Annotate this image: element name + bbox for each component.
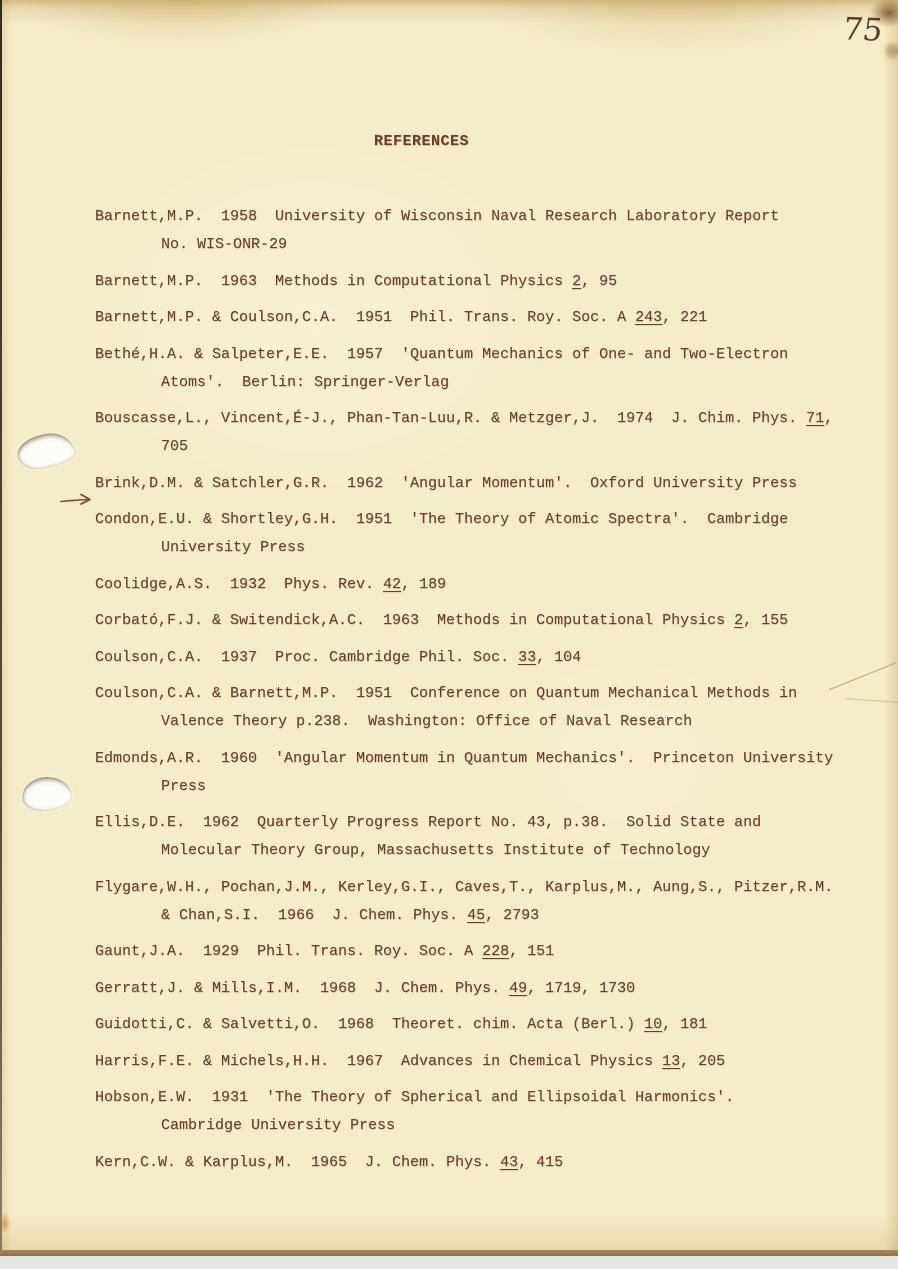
reference-text: Condon,E.U. & Shortley,G.H. 1951 'The Th… <box>95 511 788 528</box>
reference-text: , 2793 <box>485 907 539 924</box>
reference-entry: Hobson,E.W. 1931 'The Theory of Spherica… <box>95 1084 885 1140</box>
reference-line: 705 <box>95 433 885 461</box>
reference-text: No. WIS-ONR-29 <box>161 236 287 253</box>
reference-line: Hobson,E.W. 1931 'The Theory of Spherica… <box>95 1084 885 1112</box>
reference-text: Bouscasse,L., Vincent,É-J., Phan-Tan-Luu… <box>95 410 806 427</box>
references-list: Barnett,M.P. 1958 University of Wisconsi… <box>95 203 885 1185</box>
reference-line: Coulson,C.A. 1937 Proc. Cambridge Phil. … <box>95 644 885 672</box>
reference-line: Flygare,W.H., Pochan,J.M., Kerley,G.I., … <box>95 874 885 902</box>
reference-text: Flygare,W.H., Pochan,J.M., Kerley,G.I., … <box>95 879 833 896</box>
reference-text: 705 <box>161 438 188 455</box>
reference-text: Barnett,M.P. & Coulson,C.A. 1951 Phil. T… <box>95 309 635 326</box>
reference-line: Guidotti,C. & Salvetti,O. 1968 Theoret. … <box>95 1011 885 1039</box>
reference-line: Molecular Theory Group, Massachusetts In… <box>95 837 885 865</box>
reference-text: , 221 <box>662 309 707 326</box>
reference-text: Coulson,C.A. & Barnett,M.P. 1951 Confere… <box>95 685 797 702</box>
reference-text: , 151 <box>509 943 554 960</box>
reference-line: Valence Theory p.238. Washington: Office… <box>95 708 885 736</box>
reference-text: Ellis,D.E. 1962 Quarterly Progress Repor… <box>95 814 761 831</box>
reference-text: , 189 <box>401 576 446 593</box>
volume-number: 2 <box>734 612 743 629</box>
reference-line: Edmonds,A.R. 1960 'Angular Momentum in Q… <box>95 745 885 773</box>
reference-text: Press <box>161 778 206 795</box>
reference-text: , <box>824 410 833 427</box>
reference-text: , 205 <box>680 1053 725 1070</box>
reference-line: Barnett,M.P. & Coulson,C.A. 1951 Phil. T… <box>95 304 885 332</box>
scanner-background <box>0 1256 898 1269</box>
volume-number: 42 <box>383 576 401 593</box>
volume-number: 10 <box>644 1016 662 1033</box>
reference-line: Barnett,M.P. 1958 University of Wisconsi… <box>95 203 885 231</box>
volume-number: 2 <box>572 273 581 290</box>
reference-text: , 1719, 1730 <box>527 980 635 997</box>
reference-entry: Corbató,F.J. & Switendick,A.C. 1963 Meth… <box>95 607 885 635</box>
volume-number: 243 <box>635 309 662 326</box>
reference-entry: Bouscasse,L., Vincent,É-J., Phan-Tan-Luu… <box>95 405 885 461</box>
reference-entry: Flygare,W.H., Pochan,J.M., Kerley,G.I., … <box>95 874 885 930</box>
reference-entry: Condon,E.U. & Shortley,G.H. 1951 'The Th… <box>95 506 885 562</box>
reference-text: Corbató,F.J. & Switendick,A.C. 1963 Meth… <box>95 612 734 629</box>
reference-text: Coulson,C.A. 1937 Proc. Cambridge Phil. … <box>95 649 518 666</box>
reference-entry: Barnett,M.P. 1963 Methods in Computation… <box>95 268 885 296</box>
reference-text: Molecular Theory Group, Massachusetts In… <box>161 842 710 859</box>
reference-line: Coolidge,A.S. 1932 Phys. Rev. 42, 189 <box>95 571 885 599</box>
reference-text: Gerratt,J. & Mills,I.M. 1968 J. Chem. Ph… <box>95 980 509 997</box>
reference-line: Gaunt,J.A. 1929 Phil. Trans. Roy. Soc. A… <box>95 938 885 966</box>
reference-line: Gerratt,J. & Mills,I.M. 1968 J. Chem. Ph… <box>95 975 885 1003</box>
reference-entry: Edmonds,A.R. 1960 'Angular Momentum in Q… <box>95 745 885 801</box>
reference-text: Hobson,E.W. 1931 'The Theory of Spherica… <box>95 1089 734 1106</box>
volume-number: 43 <box>500 1154 518 1171</box>
reference-text: Coolidge,A.S. 1932 Phys. Rev. <box>95 576 383 593</box>
volume-number: 71 <box>806 410 824 427</box>
reference-entry: Coulson,C.A. & Barnett,M.P. 1951 Confere… <box>95 680 885 736</box>
margin-right-arrow-icon <box>60 491 98 509</box>
reference-text: & Chan,S.I. 1966 J. Chem. Phys. <box>161 907 467 924</box>
reference-text: , 104 <box>536 649 581 666</box>
reference-entry: Gaunt,J.A. 1929 Phil. Trans. Roy. Soc. A… <box>95 938 885 966</box>
reference-text: , 181 <box>662 1016 707 1033</box>
page-title: REFERENCES <box>374 133 469 150</box>
reference-entry: Brink,D.M. & Satchler,G.R. 1962 'Angular… <box>95 470 885 498</box>
volume-number: 13 <box>662 1053 680 1070</box>
volume-number: 228 <box>482 943 509 960</box>
reference-line: Kern,C.W. & Karplus,M. 1965 J. Chem. Phy… <box>95 1149 885 1177</box>
reference-line: Bouscasse,L., Vincent,É-J., Phan-Tan-Luu… <box>95 405 885 433</box>
reference-text: Barnett,M.P. 1958 University of Wisconsi… <box>95 208 779 225</box>
reference-line: Coulson,C.A. & Barnett,M.P. 1951 Confere… <box>95 680 885 708</box>
reference-line: Corbató,F.J. & Switendick,A.C. 1963 Meth… <box>95 607 885 635</box>
hole-punch <box>21 775 74 813</box>
handwritten-page-number: 75 <box>840 11 884 48</box>
reference-text: Harris,F.E. & Michels,H.H. 1967 Advances… <box>95 1053 662 1070</box>
reference-entry: Barnett,M.P. & Coulson,C.A. 1951 Phil. T… <box>95 304 885 332</box>
reference-text: Gaunt,J.A. 1929 Phil. Trans. Roy. Soc. A <box>95 943 482 960</box>
volume-number: 49 <box>509 980 527 997</box>
reference-line: Press <box>95 773 885 801</box>
reference-line: No. WIS-ONR-29 <box>95 231 885 259</box>
reference-line: Condon,E.U. & Shortley,G.H. 1951 'The Th… <box>95 506 885 534</box>
reference-entry: Ellis,D.E. 1962 Quarterly Progress Repor… <box>95 809 885 865</box>
reference-text: , 415 <box>518 1154 563 1171</box>
reference-entry: Bethé,H.A. & Salpeter,E.E. 1957 'Quantum… <box>95 341 885 397</box>
paper-blemish <box>0 1212 10 1234</box>
reference-text: University Press <box>161 539 305 556</box>
reference-entry: Gerratt,J. & Mills,I.M. 1968 J. Chem. Ph… <box>95 975 885 1003</box>
hole-punch <box>15 430 78 473</box>
reference-line: Ellis,D.E. 1962 Quarterly Progress Repor… <box>95 809 885 837</box>
reference-text: Atoms'. Berlin: Springer-Verlag <box>161 374 449 391</box>
reference-text: Bethé,H.A. & Salpeter,E.E. 1957 'Quantum… <box>95 346 788 363</box>
volume-number: 33 <box>518 649 536 666</box>
reference-entry: Harris,F.E. & Michels,H.H. 1967 Advances… <box>95 1048 885 1076</box>
reference-text: Cambridge University Press <box>161 1117 395 1134</box>
reference-text: Guidotti,C. & Salvetti,O. 1968 Theoret. … <box>95 1016 644 1033</box>
reference-text: Kern,C.W. & Karplus,M. 1965 J. Chem. Phy… <box>95 1154 500 1171</box>
reference-entry: Guidotti,C. & Salvetti,O. 1968 Theoret. … <box>95 1011 885 1039</box>
reference-line: Brink,D.M. & Satchler,G.R. 1962 'Angular… <box>95 470 885 498</box>
reference-line: Harris,F.E. & Michels,H.H. 1967 Advances… <box>95 1048 885 1076</box>
reference-line: Atoms'. Berlin: Springer-Verlag <box>95 369 885 397</box>
paper-blemish <box>882 40 898 62</box>
volume-number: 45 <box>467 907 485 924</box>
reference-entry: Coulson,C.A. 1937 Proc. Cambridge Phil. … <box>95 644 885 672</box>
scan-edge <box>0 0 2 1257</box>
reference-line: & Chan,S.I. 1966 J. Chem. Phys. 45, 2793 <box>95 902 885 930</box>
reference-text: Valence Theory p.238. Washington: Office… <box>161 713 692 730</box>
reference-line: Barnett,M.P. 1963 Methods in Computation… <box>95 268 885 296</box>
reference-line: Bethé,H.A. & Salpeter,E.E. 1957 'Quantum… <box>95 341 885 369</box>
reference-text: , 155 <box>743 612 788 629</box>
reference-entry: Kern,C.W. & Karplus,M. 1965 J. Chem. Phy… <box>95 1149 885 1177</box>
document-page: 75 REFERENCES Barnett,M.P. 1958 Universi… <box>0 0 898 1269</box>
reference-text: , 95 <box>581 273 617 290</box>
reference-line: Cambridge University Press <box>95 1112 885 1140</box>
reference-text: Barnett,M.P. 1963 Methods in Computation… <box>95 273 572 290</box>
reference-entry: Barnett,M.P. 1958 University of Wisconsi… <box>95 203 885 259</box>
reference-line: University Press <box>95 534 885 562</box>
reference-text: Brink,D.M. & Satchler,G.R. 1962 'Angular… <box>95 475 797 492</box>
reference-entry: Coolidge,A.S. 1932 Phys. Rev. 42, 189 <box>95 571 885 599</box>
reference-text: Edmonds,A.R. 1960 'Angular Momentum in Q… <box>95 750 833 767</box>
